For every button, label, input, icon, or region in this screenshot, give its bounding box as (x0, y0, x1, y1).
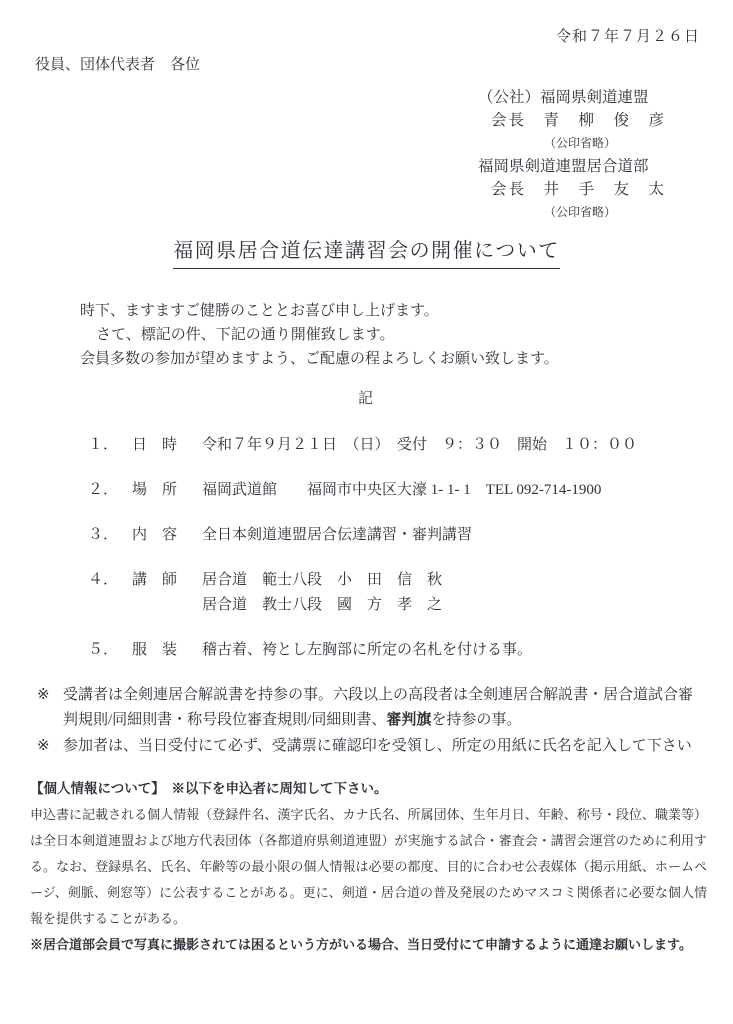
item-label: 日 時 (132, 433, 202, 458)
item-dress-code: ５． 服 装 稽古着、袴とし左胸部に所定の名札を付ける事。 (0, 638, 733, 663)
document-title: 福岡県居合道伝達講習会の開催について (173, 236, 560, 269)
privacy-section: 【個人情報について】 ※以下を申込者に周知して下さい。 申込書に記載される個人情… (0, 776, 733, 958)
greeting-block: 時下、ますますご健勝のこととお喜び申し上げます。 さて、標記の件、下記の通り開催… (0, 299, 733, 371)
note-text-bold: 審判旗 (386, 712, 431, 728)
privacy-heading: 【個人情報について】 ※以下を申込者に周知して下さい。 (30, 776, 707, 802)
record-marker: 記 (0, 387, 733, 411)
title-row: 福岡県居合道伝達講習会の開催について (0, 236, 733, 269)
note-text: 参加者は、当日受付にて必ず、受講票に確認印を受領し、所定の用紙に氏名を記入して下… (63, 734, 707, 759)
notes-block: ※ 受講者は全剣連居合解説書を持参の事。六段以上の高段者は全剣連居合解説書・居合… (0, 683, 733, 759)
item-value: 福岡武道館 福岡市中央区大濠 1- 1- 1 TEL 092-714-1900 (202, 478, 601, 503)
greeting-line-2: さて、標記の件、下記の通り開催致します。 (80, 323, 733, 347)
document-page: 令和７年７月２６日 役員、団体代表者 各位 （公社）福岡県剣道連盟 会長 青 柳… (0, 0, 733, 1024)
item-number: ３． (88, 523, 132, 548)
note-reception: ※ 参加者は、当日受付にて必ず、受講票に確認印を受領し、所定の用紙に氏名を記入し… (0, 734, 733, 759)
item-value: 令和７年９月２１日 （日） 受付 ９：３０ 開始 １０：００ (202, 433, 637, 458)
item-value: 居合道 範士八段 小 田 信 秋 (202, 568, 442, 593)
note-marker: ※ (37, 734, 63, 759)
item-label: 服 装 (132, 638, 202, 663)
item-label: 講 師 (132, 568, 202, 593)
item-label: 場 所 (132, 478, 202, 503)
note-text: 受講者は全剣連居合解説書を持参の事。六段以上の高段者は全剣連居合解説書・居合道試… (63, 683, 707, 733)
recipient-line: 役員、団体代表者 各位 (0, 54, 733, 76)
item-value: 全日本剣道連盟居合伝達講習・審判講習 (202, 523, 472, 548)
note-bring-materials: ※ 受講者は全剣連居合解説書を持参の事。六段以上の高段者は全剣連居合解説書・居合… (0, 683, 733, 733)
privacy-body: 申込書に記載される個人情報（登録件名、漢字氏名、カナ氏名、所属団体、生年月日、年… (30, 802, 707, 932)
privacy-footer: ※居合道部会員で写真に撮影されては困るという方がいる場合、当日受付にて申請するよ… (30, 932, 707, 958)
greeting-line-1: 時下、ますますご健勝のこととお喜び申し上げます。 (80, 299, 733, 323)
item-number: ５． (88, 638, 132, 663)
item-number: ４． (88, 568, 132, 593)
item-lecturers: ４． 講 師 居合道 範士八段 小 田 信 秋 (0, 568, 733, 593)
detail-items: １． 日 時 令和７年９月２１日 （日） 受付 ９：３０ 開始 １０：００ ２．… (0, 433, 733, 663)
item-label: 内 容 (132, 523, 202, 548)
sender-president-2: 会長 井 手 友 太 (478, 178, 733, 201)
note-text-post: を持参の事。 (431, 712, 521, 728)
item-number: ２． (88, 478, 132, 503)
item-place: ２． 場 所 福岡武道館 福岡市中央区大濠 1- 1- 1 TEL 092-71… (0, 478, 733, 503)
issue-date: 令和７年７月２６日 (0, 26, 733, 48)
item-lecturer-2: 居合道 教士八段 國 方 孝 之 (0, 593, 733, 618)
sender-president-1: 会長 青 柳 俊 彦 (478, 109, 733, 132)
item-datetime: １． 日 時 令和７年９月２１日 （日） 受付 ９：３０ 開始 １０：００ (0, 433, 733, 458)
item-value: 稽古着、袴とし左胸部に所定の名札を付ける事。 (202, 638, 532, 663)
sender-block: （公社）福岡県剣道連盟 会長 青 柳 俊 彦 （公印省略） 福岡県剣道連盟居合道… (478, 86, 733, 224)
seal-omitted-note-1: （公印省略） (478, 132, 733, 155)
seal-omitted-note-2: （公印省略） (478, 201, 733, 224)
sender-org-2: 福岡県剣道連盟居合道部 (478, 155, 733, 178)
sender-org-1: （公社）福岡県剣道連盟 (478, 86, 733, 109)
item-content: ３． 内 容 全日本剣道連盟居合伝達講習・審判講習 (0, 523, 733, 548)
note-marker: ※ (37, 683, 63, 733)
greeting-line-3: 会員多数の参加が望めますよう、ご配慮の程よろしくお願い致します。 (80, 347, 733, 371)
item-number: １． (88, 433, 132, 458)
note-text-pre: 受講者は全剣連居合解説書を持参の事。六段以上の高段者は全剣連居合解説書・居合道試… (63, 687, 693, 728)
